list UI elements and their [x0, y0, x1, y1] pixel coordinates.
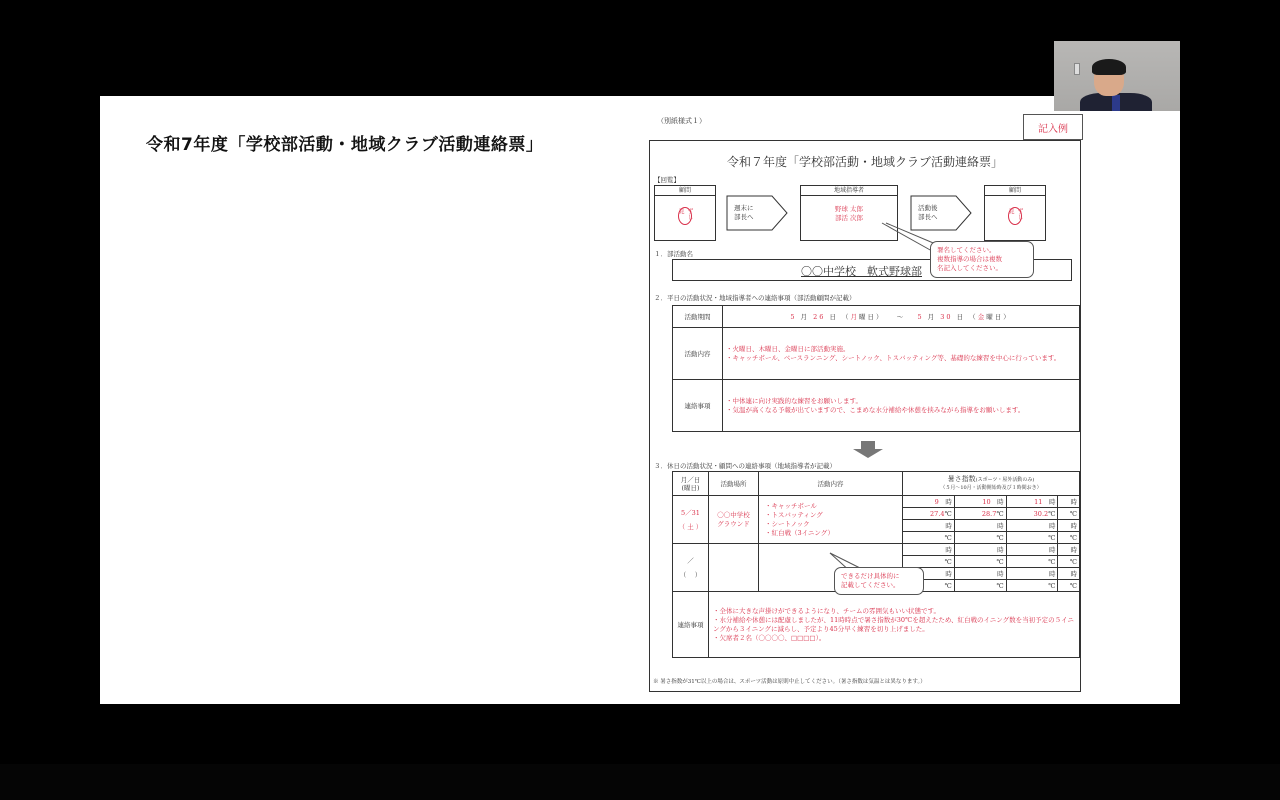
temp-unit: ℃	[945, 510, 952, 518]
start-dow: 月	[851, 313, 860, 321]
club-name: 〇〇中学校 軟式野球部	[801, 263, 922, 279]
temp-cell: ℃	[1006, 532, 1058, 544]
place-line-2: グラウンド	[709, 520, 758, 529]
row1-dow: （ 土 ）	[673, 520, 708, 534]
sign-callout-line-1: 署名してください。	[937, 246, 1027, 255]
screen: 令和7年度「学校部活動・地域クラブ活動連絡票」 （別紙様式１） 記入例 令和７年…	[0, 0, 1280, 800]
temp-cell: ℃	[954, 532, 1006, 544]
sign-callout-line-2: 複数指導の場合は複数	[937, 255, 1027, 264]
temp-cell: ℃	[1058, 532, 1080, 544]
weekend-table: 月／日(曜日) 活動場所 活動内容 暑さ指数(スポーツ・屋外活動のみ) （５月～…	[672, 471, 1080, 658]
hour-3: 11	[1034, 498, 1042, 506]
day-unit: 日	[957, 313, 966, 321]
temp-cell: ℃	[954, 580, 1006, 592]
hour-cell: 時	[1006, 520, 1058, 532]
weekday-table: 活動期間 5 月 26 日 （月曜日） ～ 5 月 30 日	[672, 305, 1080, 432]
content-line-2: ・キャッチボール、ベースランニング、シートノック、トスバッティング等、基礎的な練…	[726, 354, 1076, 363]
circulation-label: 【回覧】	[654, 175, 680, 184]
hour-cell: 時	[903, 520, 955, 532]
section-1-heading: １．部活動名	[654, 249, 693, 258]
temp-cell: ℃	[903, 532, 955, 544]
specific-callout-line-2: 記載してください。	[841, 581, 917, 590]
advisor-box-2-header: 顧問	[985, 186, 1045, 196]
weekend-notes: ・全体に大きな声掛けができるようになり、チームの雰囲気もいい状態です。 ・水分補…	[709, 592, 1080, 658]
temp-1: 27.4	[930, 510, 944, 518]
advisor-box-2: 顧問 ずし見	[984, 185, 1046, 241]
flow-arrow-1: 週末に部長へ	[726, 195, 788, 231]
arrow-down-icon	[852, 441, 884, 459]
weekend-notes-2: ・水分補給や休憩には配慮しましたが、11時時点で暑さ指数が30℃を超えたため、紅…	[713, 616, 1075, 634]
row1-content: ・キャッチボール ・トスバッティング ・シートノック ・紅白戦（3イニング）	[759, 496, 903, 544]
notes-line-2: ・気温が高くなる予報が出ていますので、こまめな水分補給や休憩を挟みながら指導をお…	[726, 406, 1076, 415]
presenter-tie	[1112, 95, 1120, 111]
hour-unit: 時	[945, 498, 952, 506]
content-header: 活動内容	[759, 472, 903, 496]
hour-cell: 時	[903, 544, 955, 556]
row2-place	[709, 544, 759, 592]
temp-2: 28.7	[982, 510, 996, 518]
start-day: 26	[813, 313, 825, 321]
hour-cell: 時	[1058, 520, 1080, 532]
date-header-1: 月／日	[673, 476, 708, 484]
temp-3: 30.2	[1034, 510, 1048, 518]
form-number: （別紙様式１）	[657, 116, 706, 126]
weekend-notes-3: ・欠席者２名（〇〇〇〇、□□□□）。	[713, 634, 1075, 643]
sign-callout: 署名してください。 複数指導の場合は複数 名記入してください。	[930, 241, 1034, 278]
temp-cell: ℃	[1058, 580, 1080, 592]
temp-unit: ℃	[1048, 510, 1055, 518]
row1-content-2: ・トスバッティング	[765, 511, 902, 520]
section-3-heading: ３．休日の活動状況・顧問への連絡事項（地域指導者が記載）	[654, 461, 836, 470]
hour-cell: 時	[1058, 568, 1080, 580]
specific-callout-line-1: できるだけ具体的に	[841, 572, 917, 581]
heat-index-header: 暑さ指数(スポーツ・屋外活動のみ) （５月～10月・活動開始時及び１時間おき）	[903, 472, 1080, 496]
temp-cell: ℃	[1058, 556, 1080, 568]
date-header-2: (曜日)	[673, 484, 708, 492]
local-instructor-header: 地域指導者	[801, 186, 897, 196]
dow-unit: 曜日	[986, 313, 1003, 321]
content-label: 活動内容	[673, 328, 723, 380]
month-unit: 月	[928, 313, 937, 321]
row2-date: ／（ ）	[673, 544, 709, 592]
temp-cell: ℃	[1006, 556, 1058, 568]
temp-cell: ℃	[954, 556, 1006, 568]
bottom-bar	[0, 764, 1280, 800]
end-month: 5	[917, 313, 923, 321]
row1-place: 〇〇中学校グラウンド	[709, 496, 759, 544]
presenter-hair	[1092, 59, 1126, 75]
sign-callout-line-3: 名記入してください。	[937, 264, 1027, 273]
slide-title: 令和7年度「学校部活動・地域クラブ活動連絡票」	[146, 130, 543, 155]
row1-date-value: 5／31	[673, 506, 708, 520]
content-line-1: ・火曜日、木曜日、金曜日に部活動実施。	[726, 345, 1076, 354]
specific-callout: できるだけ具体的に 記載してください。	[834, 567, 924, 595]
approval-stamp-icon: ずし見	[678, 207, 692, 225]
example-label: 記入例	[1023, 114, 1083, 140]
end-day: 30	[940, 313, 952, 321]
hour-unit: 時	[997, 498, 1004, 506]
hour-cell: 時	[954, 520, 1006, 532]
notes-line-1: ・中体連に向け実践的な練習をお願いします。	[726, 397, 1076, 406]
footnote: ※ 暑さ指数が31℃以上の場合は、スポーツ活動は原則中止してください。（暑さ指数…	[653, 677, 926, 685]
hour-cell: 時	[954, 568, 1006, 580]
weekend-notes-1: ・全体に大きな声掛けができるようになり、チームの雰囲気もいい状態です。	[713, 607, 1075, 616]
contact-form-example: （別紙様式１） 記入例 令和７年度「学校部活動・地域クラブ活動連絡票」 【回覧】…	[645, 114, 1085, 704]
row2-date-value: ／	[673, 554, 708, 568]
dow-unit: 曜日	[859, 313, 876, 321]
row2-dow: （ ）	[673, 568, 708, 582]
weekend-notes-label: 連絡事項	[673, 592, 709, 658]
row1-content-4: ・紅白戦（3イニング）	[765, 529, 902, 538]
period-label: 活動期間	[673, 306, 723, 328]
weekday-content: ・火曜日、木曜日、金曜日に部活動実施。 ・キャッチボール、ベースランニング、シー…	[723, 328, 1080, 380]
temp-cell: 30.2℃	[1006, 508, 1058, 520]
hour-1: 9	[935, 498, 939, 506]
form-frame: 令和７年度「学校部活動・地域クラブ活動連絡票」 【回覧】 顧問 ずし見 週末に部…	[649, 140, 1081, 692]
tilde: ～	[897, 313, 906, 321]
heat-index-title: 暑さ指数	[948, 475, 976, 483]
heat-index-sub1: (スポーツ・屋外活動のみ)	[976, 477, 1035, 483]
temp-cell: ℃	[1058, 508, 1080, 520]
form-title: 令和７年度「学校部活動・地域クラブ活動連絡票」	[650, 153, 1080, 170]
row1-content-1: ・キャッチボール	[765, 502, 902, 511]
notes-label: 連絡事項	[673, 380, 723, 432]
row1-content-3: ・シートノック	[765, 520, 902, 529]
hour-cell: 時	[1058, 544, 1080, 556]
arrow-2-line-1: 活動後	[918, 204, 938, 213]
arrow-1-line-1: 週末に	[734, 204, 754, 213]
instructor-name-1: 野球 太郎	[801, 205, 897, 214]
advisor-box-1-header: 顧問	[655, 186, 715, 196]
presenter-webcam	[1054, 41, 1180, 111]
hour-cell: 時	[1006, 544, 1058, 556]
arrow-1-line-2: 部長へ	[734, 213, 754, 222]
place-line-1: 〇〇中学校	[709, 511, 758, 520]
hour-cell: 時	[1058, 496, 1080, 508]
hour-2: 10	[982, 498, 990, 506]
hour-cell: 11 時	[1006, 496, 1058, 508]
heat-index-sub2: （５月～10月・活動開始時及び１時間おき）	[903, 484, 1079, 492]
row1-date: 5／31（ 土 ）	[673, 496, 709, 544]
wall-outlet	[1074, 63, 1080, 75]
temp-cell: 27.4℃	[903, 508, 955, 520]
start-month: 5	[790, 313, 796, 321]
advisor-box-1: 顧問 ずし見	[654, 185, 716, 241]
period-value: 5 月 26 日 （月曜日） ～ 5 月 30 日 （金曜日）	[723, 306, 1080, 328]
hour-cell: 時	[1006, 568, 1058, 580]
place-header: 活動場所	[709, 472, 759, 496]
day-unit: 日	[829, 313, 838, 321]
approval-stamp-icon: ずし見	[1008, 207, 1022, 225]
hour-unit: 時	[1071, 498, 1078, 506]
hour-unit: 時	[1049, 498, 1056, 506]
presentation-slide: 令和7年度「学校部活動・地域クラブ活動連絡票」 （別紙様式１） 記入例 令和７年…	[100, 96, 1180, 704]
hour-cell: 9 時	[903, 496, 955, 508]
temp-cell: ℃	[903, 556, 955, 568]
end-dow: 金	[978, 313, 987, 321]
hour-cell: 10 時	[954, 496, 1006, 508]
date-header: 月／日(曜日)	[673, 472, 709, 496]
temp-unit: ℃	[996, 510, 1003, 518]
hour-cell: 時	[954, 544, 1006, 556]
month-unit: 月	[801, 313, 810, 321]
temp-cell: 28.7℃	[954, 508, 1006, 520]
temp-cell: ℃	[1006, 580, 1058, 592]
section-2-heading: ２．平日の活動状況・地域指導者への連絡事項（部活動顧問が記載）	[654, 293, 856, 302]
weekday-notes: ・中体連に向け実践的な練習をお願いします。 ・気温が高くなる予報が出ていますので…	[723, 380, 1080, 432]
